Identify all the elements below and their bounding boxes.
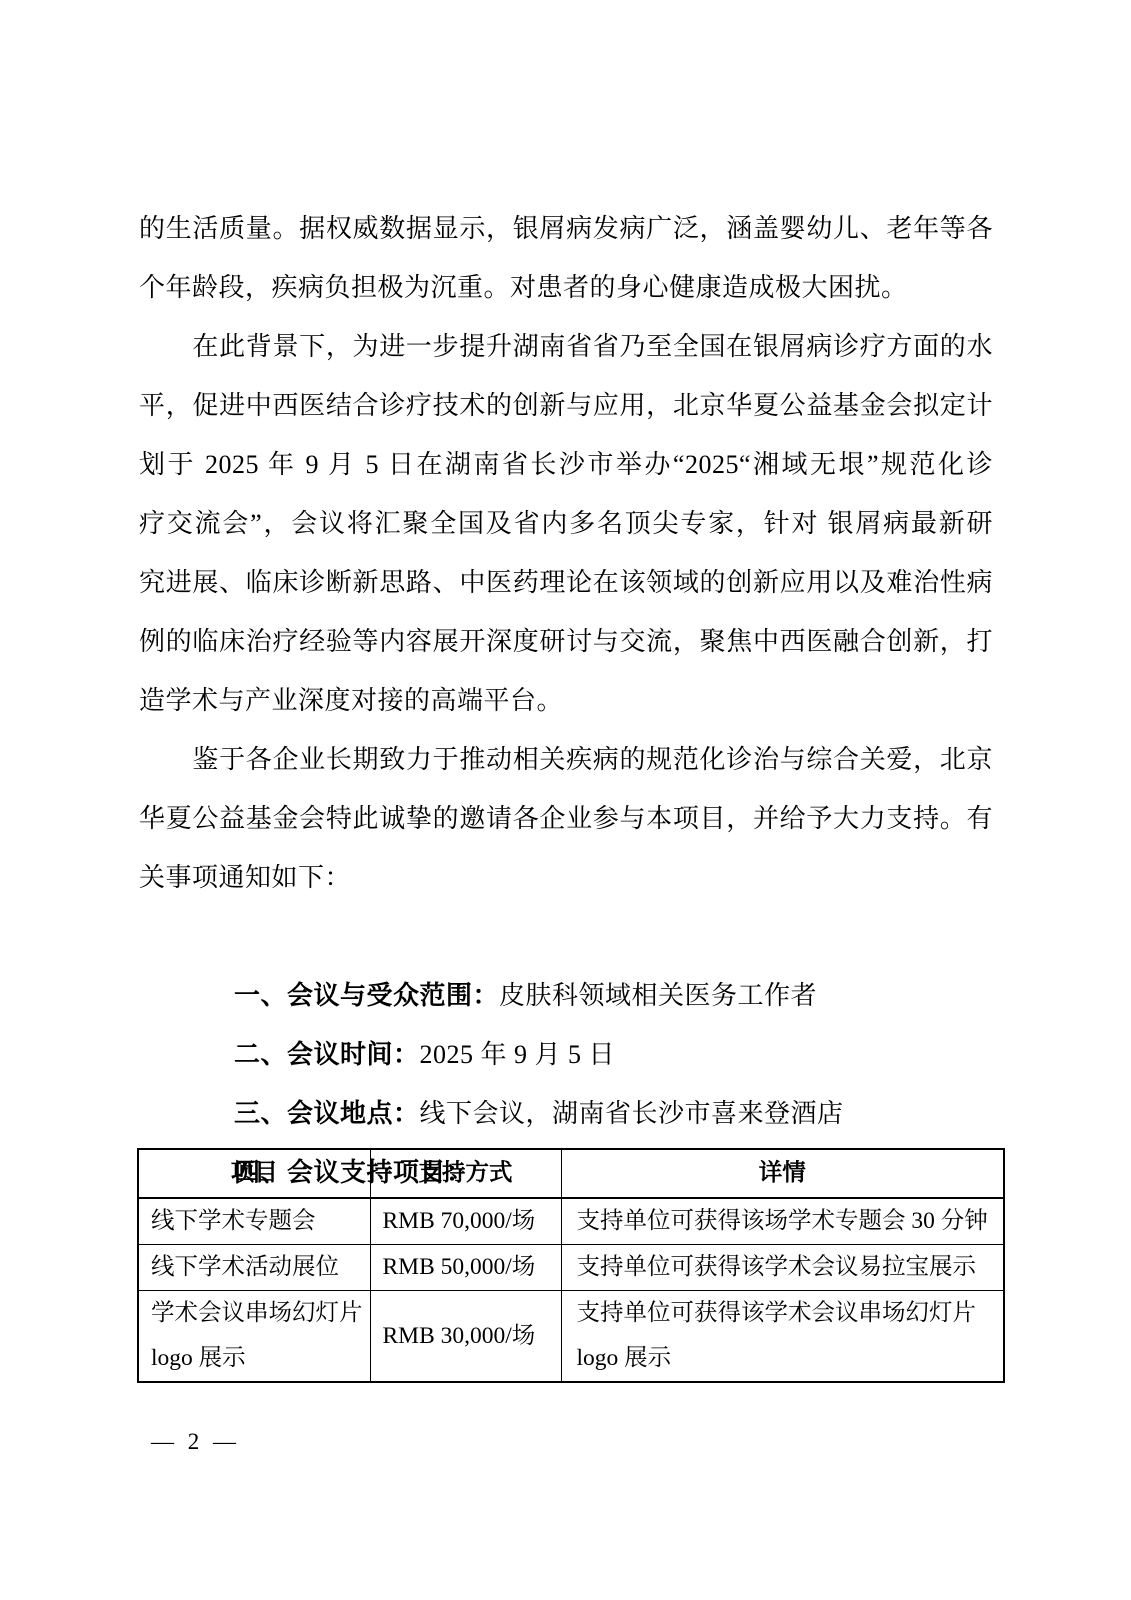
page-number: — 2 — [151, 1429, 240, 1455]
item-indent [181, 981, 234, 1010]
paragraph-line: 疗交流会”，会议将汇聚全国及省内多名顶尖专家，针对 银屑病最新研 [139, 494, 993, 553]
table-cell-price: RMB 70,000/场 [370, 1198, 561, 1245]
table-cell-price: RMB 50,000/场 [370, 1245, 561, 1291]
paragraph-line: 在此背景下，为进一步提升湖南省省乃至全国在银屑病诊疗方面的水 [139, 317, 993, 376]
table-row: 线下学术活动展位 RMB 50,000/场 支持单位可获得该学术会议易拉宝展示 [138, 1245, 1004, 1291]
section-item-audience: 一、会议与受众范围：皮肤科领域相关医务工作者 [139, 907, 993, 966]
paragraph-line: 鉴于各企业长期致力于推动相关疾病的规范化诊治与综合关爱，北京 [139, 730, 993, 789]
table-header-row: 项目 支持方式 详情 [138, 1149, 1004, 1198]
paragraph-line: 个年龄段，疾病负担极为沉重。对患者的身心健康造成极大困扰。 [139, 258, 993, 317]
table-row: 学术会议串场幻灯片 logo 展示 RMB 30,000/场 支持单位可获得该学… [138, 1291, 1004, 1383]
support-items-table: 项目 支持方式 详情 线下学术专题会 RMB 70,000/场 支持单位可获得该… [137, 1148, 1005, 1383]
item-text: 线下会议，湖南省长沙市喜来登酒店 [420, 1099, 844, 1128]
table-cell-item: 学术会议串场幻灯片 logo 展示 [138, 1291, 370, 1383]
table-cell-details: 支持单位可获得该场学术专题会 30 分钟 [561, 1198, 1004, 1245]
item-indent [181, 1040, 234, 1069]
table-cell-item: 线下学术活动展位 [138, 1245, 370, 1291]
item-label: 二、会议时间： [234, 1040, 420, 1069]
item-label: 一、会议与受众范围： [234, 981, 499, 1010]
paragraph-line: 划于 2025 年 9 月 5 日在湖南省长沙市举办“2025“湘域无垠”规范化… [139, 435, 993, 494]
paragraph-line: 关事项通知如下： [139, 848, 993, 907]
item-text: 皮肤科领域相关医务工作者 [499, 981, 817, 1010]
table-header-details: 详情 [561, 1149, 1004, 1198]
paragraph-line: 究进展、临床诊断新思路、中医药理论在该领域的创新应用以及难治性病 [139, 553, 993, 612]
table-cell-price: RMB 30,000/场 [370, 1291, 561, 1383]
item-indent [181, 1099, 234, 1128]
document-page: 的生活质量。据权威数据显示，银屑病发病广泛，涵盖婴幼儿、老年等各 个年龄段，疾病… [0, 0, 1131, 1600]
item-label: 三、会议地点： [234, 1099, 420, 1128]
item-indent [181, 1158, 234, 1187]
paragraph-line: 例的临床治疗经验等内容展开深度研讨与交流，聚焦中西医融合创新，打 [139, 612, 993, 671]
paragraph-line: 平，促进中西医结合诊疗技术的创新与应用，北京华夏公益基金会拟定计 [139, 376, 993, 435]
table-cell-details: 支持单位可获得该学术会议易拉宝展示 [561, 1245, 1004, 1291]
document-body: 的生活质量。据权威数据显示，银屑病发病广泛，涵盖婴幼儿、老年等各 个年龄段，疾病… [139, 199, 993, 1383]
table-cell-item: 线下学术专题会 [138, 1198, 370, 1245]
paragraph-line: 造学术与产业深度对接的高端平台。 [139, 671, 993, 730]
table-cell-details: 支持单位可获得该学术会议串场幻灯片 logo 展示 [561, 1291, 1004, 1383]
table-row: 线下学术专题会 RMB 70,000/场 支持单位可获得该场学术专题会 30 分… [138, 1198, 1004, 1245]
paragraph-line: 的生活质量。据权威数据显示，银屑病发病广泛，涵盖婴幼儿、老年等各 [139, 199, 993, 258]
item-text: 2025 年 9 月 5 日 [420, 1040, 616, 1069]
paragraph-line: 华夏公益基金会特此诚挚的邀请各企业参与本项目，并给予大力支持。有 [139, 789, 993, 848]
